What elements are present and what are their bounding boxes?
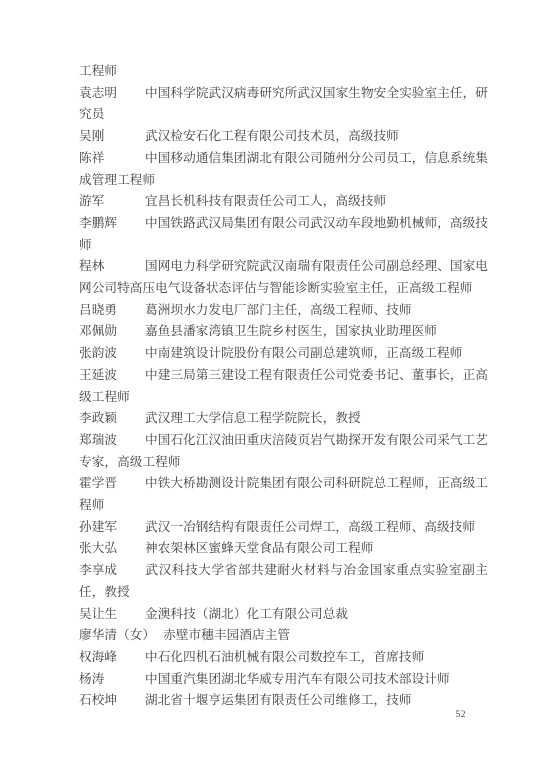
roster-entry: 袁志明中国科学院武汉病毒研究所武汉国家生物安全实验室主任，研究员 xyxy=(79,83,488,126)
page-number: 52 xyxy=(456,710,467,720)
roster-entry: 郑瑞波中国石化江汉油田重庆涪陵页岩气勘探开发有限公司采气工艺专家，高级工程师 xyxy=(79,430,488,473)
person-description: 神农架林区蜜蜂天堂食品有限公司工程师 xyxy=(145,541,374,555)
person-description: 武汉检安石化工程有限公司技术员，高级技师 xyxy=(145,129,399,143)
person-name: 陈祥 xyxy=(79,148,145,170)
roster-entry: 游军宜昌长机科技有限责任公司工人，高级技师 xyxy=(79,191,488,213)
person-description: 金澳科技（湖北）化工有限公司总裁 xyxy=(145,607,348,621)
roster-entry: 孙建军武汉一冶钢结构有限责任公司焊工，高级工程师、高级技师 xyxy=(79,517,488,539)
person-name: 吕晓勇 xyxy=(79,300,145,322)
roster-entry: 李享成武汉科技大学省部共建耐火材料与冶金国家重点实验室副主任，教授 xyxy=(79,560,488,603)
person-name: 李享成 xyxy=(79,560,145,582)
person-name: 廖华清（女） xyxy=(79,625,163,647)
person-description: 葛洲坝水力发电厂部门主任，高级工程师、技师 xyxy=(145,303,412,317)
document-page: 工程师 袁志明中国科学院武汉病毒研究所武汉国家生物安全实验室主任，研究员吴刚武汉… xyxy=(0,0,550,777)
person-description: 赤壁市穗丰园酒店主管 xyxy=(163,628,290,642)
person-description: 武汉理工大学信息工程学院院长，教授 xyxy=(145,411,361,425)
person-name: 石校坤 xyxy=(79,690,145,712)
roster-entry: 廖华清（女）赤壁市穗丰园酒店主管 xyxy=(79,625,488,647)
roster-entry: 权海峰中石化四机石油机械有限公司数控车工，首席技师 xyxy=(79,647,488,669)
person-name: 杨涛 xyxy=(79,669,145,691)
person-description: 湖北省十堰亨运集团有限责任公司维修工，技师 xyxy=(145,693,412,707)
person-name: 李政颖 xyxy=(79,408,145,430)
person-name: 郑瑞波 xyxy=(79,430,145,452)
continuation-line: 工程师 xyxy=(79,61,488,83)
roster-entry: 霍学晋中铁大桥勘测设计院集团有限公司科研院总工程师，正高级工程师 xyxy=(79,473,488,516)
person-name: 孙建军 xyxy=(79,517,145,539)
person-name: 张韵波 xyxy=(79,343,145,365)
person-name: 王延波 xyxy=(79,365,145,387)
roster-entry: 邓佩勋嘉鱼县潘家湾镇卫生院乡村医生，国家执业助理医师 xyxy=(79,321,488,343)
roster-entry: 张韵波中南建筑设计院股份有限公司副总建筑师，正高级工程师 xyxy=(79,343,488,365)
roster-list: 工程师 袁志明中国科学院武汉病毒研究所武汉国家生物安全实验室主任，研究员吴刚武汉… xyxy=(79,61,488,712)
roster-entry: 吕晓勇葛洲坝水力发电厂部门主任，高级工程师、技师 xyxy=(79,300,488,322)
person-description: 武汉一冶钢结构有限责任公司焊工，高级工程师、高级技师 xyxy=(145,520,475,534)
roster-entry: 吴刚武汉检安石化工程有限公司技术员，高级技师 xyxy=(79,126,488,148)
roster-entry: 李政颖武汉理工大学信息工程学院院长，教授 xyxy=(79,408,488,430)
person-name: 袁志明 xyxy=(79,83,145,105)
person-description: 中南建筑设计院股份有限公司副总建筑师，正高级工程师 xyxy=(145,346,462,360)
roster-entry: 王延波中建三局第三建设工程有限责任公司党委书记、董事长，正高级工程师 xyxy=(79,365,488,408)
roster-entry: 吴让生金澳科技（湖北）化工有限公司总裁 xyxy=(79,604,488,626)
roster-entry: 陈祥中国移动通信集团湖北有限公司随州分公司员工，信息系统集成管理工程师 xyxy=(79,148,488,191)
person-name: 吴刚 xyxy=(79,126,145,148)
person-name: 张大弘 xyxy=(79,538,145,560)
roster-entry: 张大弘神农架林区蜜蜂天堂食品有限公司工程师 xyxy=(79,538,488,560)
person-description: 中石化四机石油机械有限公司数控车工，首席技师 xyxy=(145,650,424,664)
person-name: 霍学晋 xyxy=(79,473,145,495)
roster-entry: 李鹏辉中国铁路武汉局集团有限公司武汉动车段地勤机械师，高级技师 xyxy=(79,213,488,256)
person-name: 权海峰 xyxy=(79,647,145,669)
roster-entry: 杨涛中国重汽集团湖北华威专用汽车有限公司技术部设计师 xyxy=(79,669,488,691)
person-description: 中国重汽集团湖北华威专用汽车有限公司技术部设计师 xyxy=(145,672,450,686)
person-name: 吴让生 xyxy=(79,604,145,626)
person-name: 邓佩勋 xyxy=(79,321,145,343)
person-description: 宜昌长机科技有限责任公司工人，高级技师 xyxy=(145,194,386,208)
person-description: 嘉鱼县潘家湾镇卫生院乡村医生，国家执业助理医师 xyxy=(145,324,437,338)
person-name: 程林 xyxy=(79,256,145,278)
person-name: 游军 xyxy=(79,191,145,213)
person-name: 李鹏辉 xyxy=(79,213,145,235)
roster-entry: 石校坤湖北省十堰亨运集团有限责任公司维修工，技师 xyxy=(79,690,488,712)
roster-entry: 程林国网电力科学研究院武汉南瑞有限责任公司副总经理、国家电网公司特高压电气设备状… xyxy=(79,256,488,299)
